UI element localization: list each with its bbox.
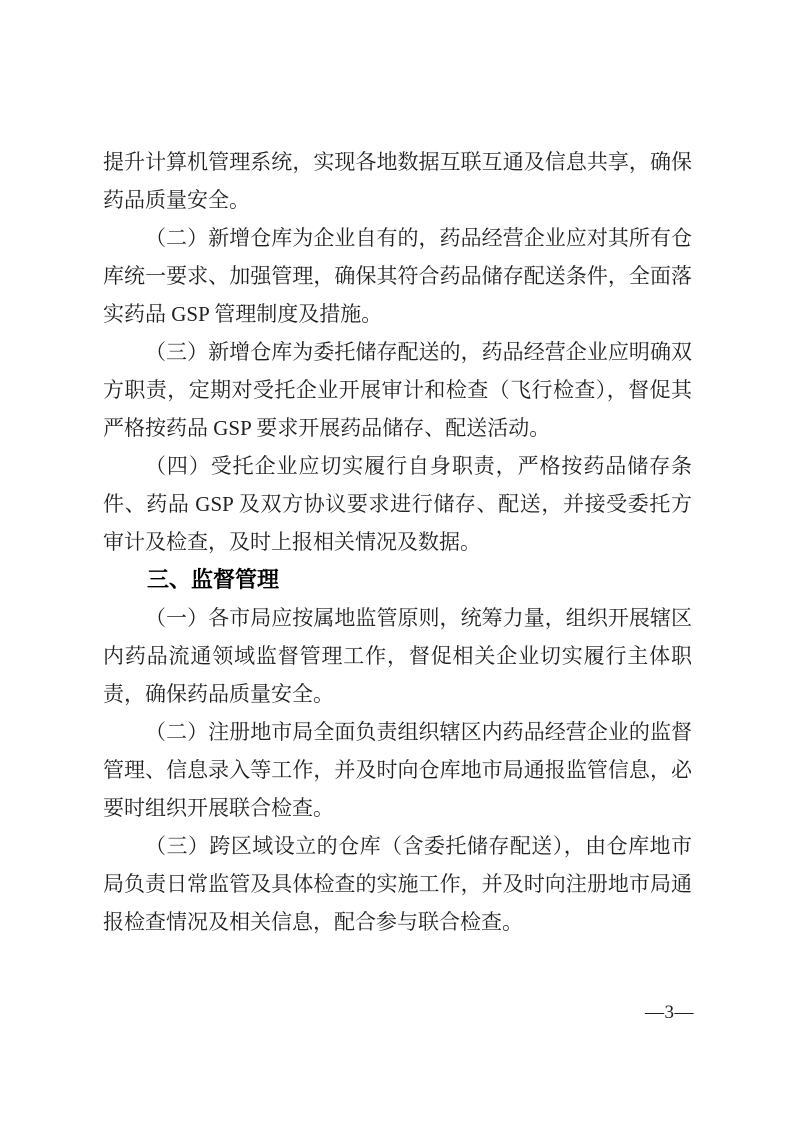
paragraph-supervision-item-2: （二）注册地市局全面负责组织辖区内药品经营企业的监督管理、信息录入等工作，并及时… [103,713,692,827]
paragraph-item-2-own-warehouse: （二）新增仓库为企业自有的，药品经营企业应对其所有仓库统一要求、加强管理，确保其… [103,219,692,333]
paragraph-item-3-entrusted-storage: （三）新增仓库为委托储存配送的，药品经营企业应明确双方职责，定期对受托企业开展审… [103,333,692,447]
document-body: 提升计算机管理系统，实现各地数据互联互通及信息共享，确保药品质量安全。 （二）新… [103,143,692,941]
document-page: 提升计算机管理系统，实现各地数据互联互通及信息共享，确保药品质量安全。 （二）新… [0,0,794,1123]
paragraph-item-4-entrusted-enterprise: （四）受托企业应切实履行自身职责，严格按药品储存条件、药品 GSP 及双方协议要… [103,447,692,561]
section-heading-supervision: 三、监督管理 [103,561,692,599]
page-number: —3— [645,1001,694,1025]
paragraph-continuation: 提升计算机管理系统，实现各地数据互联互通及信息共享，确保药品质量安全。 [103,143,692,219]
paragraph-supervision-item-3: （三）跨区域设立的仓库（含委托储存配送），由仓库地市局负责日常监管及具体检查的实… [103,827,692,941]
paragraph-supervision-item-1: （一）各市局应按属地监管原则，统筹力量，组织开展辖区内药品流通领域监督管理工作，… [103,599,692,713]
